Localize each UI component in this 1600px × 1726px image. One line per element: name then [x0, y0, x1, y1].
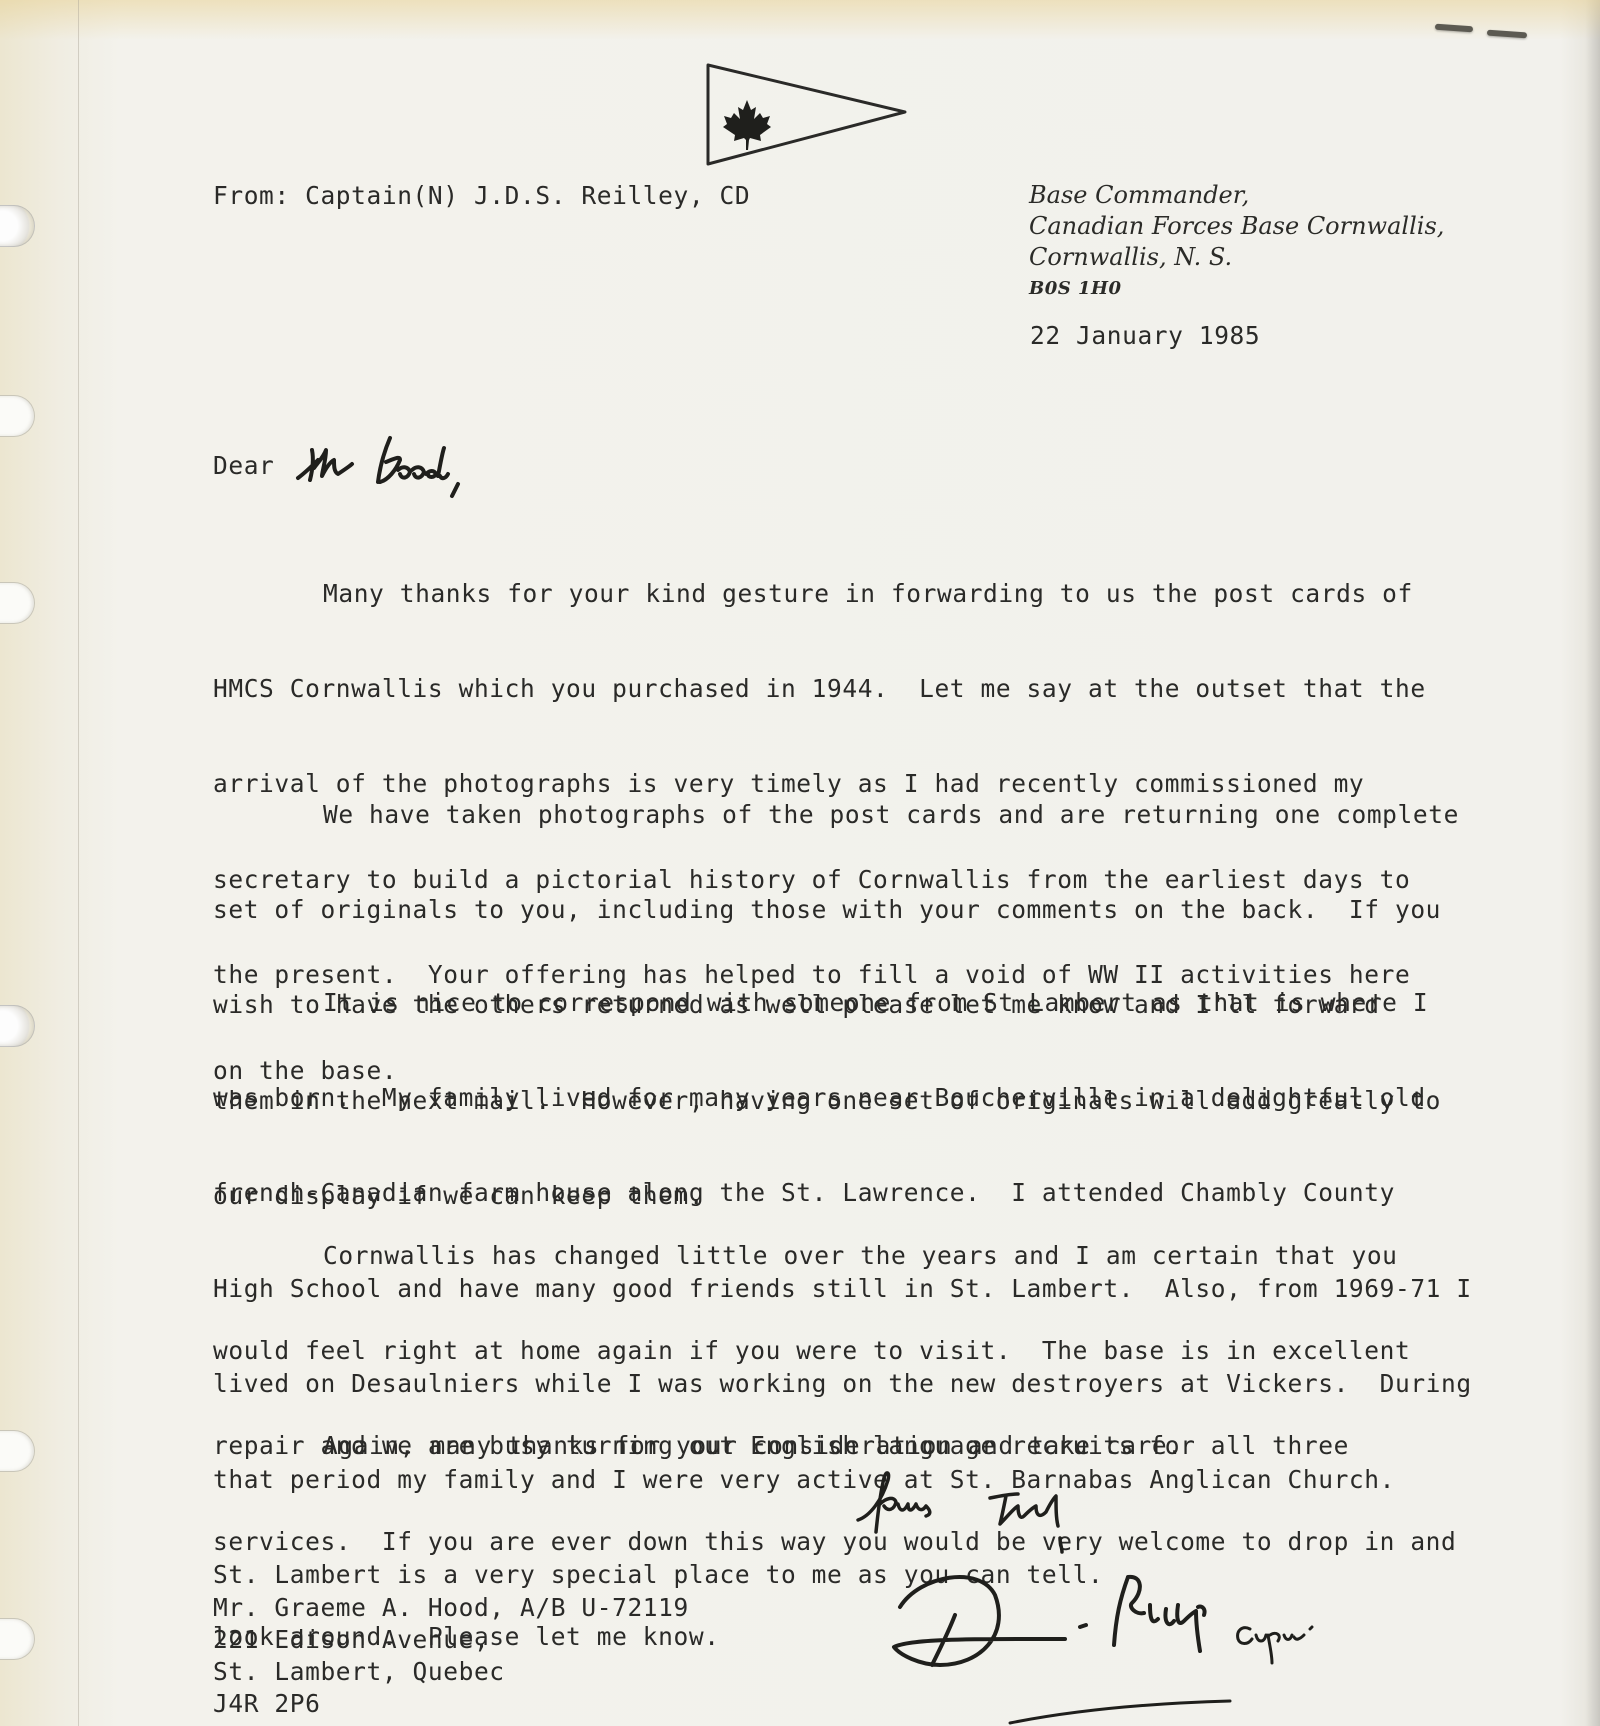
naval-pennant-emblem: [705, 62, 910, 173]
paragraph-line: would feel right at home again if you we…: [213, 1335, 1456, 1367]
recipient-street: 221 Edison Avenue,: [213, 1624, 489, 1656]
handwritten-signature-icon: [880, 1555, 1380, 1725]
sender-postal-code: B0S 1H0: [1029, 278, 1122, 299]
staple-mark: [1435, 24, 1473, 33]
handwriting-mr-hood-icon: [292, 430, 492, 500]
paragraph-line: Cornwallis has changed little over the y…: [213, 1240, 1456, 1272]
paragraph-line: HMCS Cornwallis which you purchased in 1…: [213, 673, 1426, 705]
paragraph-line: was born. My family lived for many years…: [213, 1082, 1472, 1114]
maple-leaf-pennant-icon: [705, 62, 910, 168]
binder-hole: [0, 582, 35, 624]
recipient-name: Mr. Graeme A. Hood, A/B U-72119: [213, 1592, 689, 1624]
staple-mark: [1487, 30, 1527, 39]
recipient-postal-code: J4R 2P6: [213, 1688, 320, 1720]
from-line: From: Captain(N) J.D.S. Reilley, CD: [213, 180, 750, 212]
margin-line: [78, 0, 79, 1726]
letter-page: From: Captain(N) J.D.S. Reilley, CD Base…: [0, 0, 1600, 1726]
paragraph-line: set of originals to you, including those…: [213, 894, 1459, 926]
salutation-handwritten: [292, 430, 492, 505]
paragraph-line: services. If you are ever down this way …: [213, 1526, 1456, 1558]
sender-title: Base Commander,: [1029, 180, 1249, 211]
signature: [880, 1555, 1380, 1726]
paragraph-line: We have taken photographs of the post ca…: [213, 799, 1459, 831]
handwriting-yours-truly-icon: [850, 1460, 1150, 1570]
paragraph-line: Again, many thanks for your consideratio…: [213, 1430, 1183, 1462]
binder-hole: [0, 205, 35, 247]
paragraph-line: It is nice to correspond with someone fr…: [213, 987, 1472, 1019]
binder-hole: [0, 395, 35, 437]
binder-hole: [0, 1618, 35, 1660]
paragraph-line: Many thanks for your kind gesture in for…: [213, 578, 1426, 610]
letter-date: 22 January 1985: [1030, 320, 1260, 352]
binder-hole: [0, 1430, 35, 1472]
sender-city: Cornwallis, N. S.: [1029, 242, 1232, 273]
binder-hole: [0, 1005, 35, 1047]
sender-base: Canadian Forces Base Cornwallis,: [1029, 211, 1444, 242]
salutation-typed: Dear: [213, 450, 274, 482]
recipient-city: St. Lambert, Quebec: [213, 1656, 505, 1688]
